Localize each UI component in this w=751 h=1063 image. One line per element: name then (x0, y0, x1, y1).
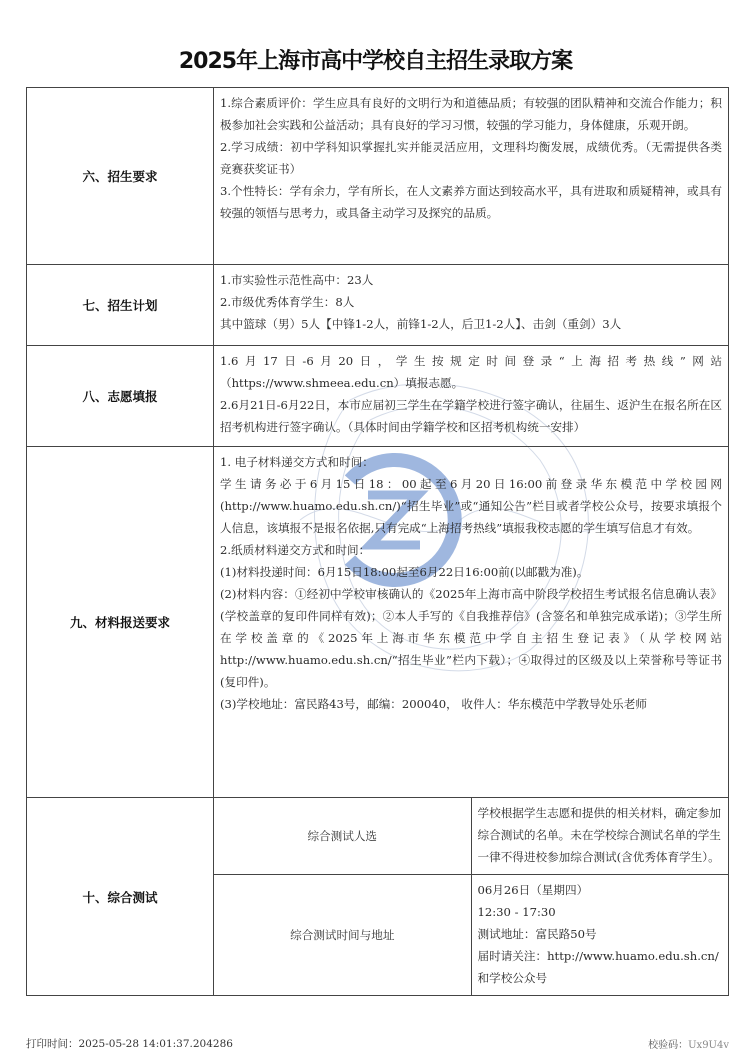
section-label: 七、招生计划 (27, 265, 214, 346)
sub-body: 学校根据学生志愿和提供的相关材料，确定参加综合测试的名单。未在学校综合测试名单的… (471, 798, 729, 875)
page-title: 2025年上海市高中学校自主招生录取方案 (0, 44, 751, 75)
section-body: 1.6月17日-6月20日，学生按规定时间登录“上海招考热线”网站（https:… (214, 346, 729, 447)
text-line: 12:30 - 17:30 (478, 901, 723, 923)
section-label: 八、志愿填报 (27, 346, 214, 447)
check-code-value: Ux9U4v (688, 1040, 729, 1051)
text-line: 其中篮球（男）5人【中锋1-2人，前锋1-2人，后卫1-2人】、击剑（重剑）3人 (220, 313, 722, 335)
text-line: 测试地址：富民路50号 (478, 923, 723, 945)
text-line: (1)材料投递时间：6月15日18:00起至6月22日16:00前(以邮戳为准)… (220, 561, 722, 583)
text-line: (3)学校地址：富民路43号，邮编：200040， 收件人：华东模范中学教导处乐… (220, 693, 722, 715)
section-label: 九、材料报送要求 (27, 447, 214, 798)
text-line: 2.学习成绩：初中学科知识掌握扎实并能灵活应用，文理科均衡发展，成绩优秀。（无需… (220, 136, 722, 180)
section-row-requirements: 六、招生要求 1.综合素质评价：学生应具有良好的文明行为和道德品质；有较强的团队… (27, 88, 729, 265)
text-line: 届时请关注：http://www.huamo.edu.sh.cn/和学校公众号 (478, 945, 723, 989)
section-row-enrollment-plan: 七、招生计划 1.市实验性示范性高中：23人 2.市级优秀体育学生：8人 其中篮… (27, 265, 729, 346)
print-time-label: 打印时间： (26, 1038, 79, 1050)
text-line: 2.6月21日-6月22日，本市应届初三学生在学籍学校进行签字确认，往届生、返沪… (220, 394, 722, 438)
text-line: 06月26日（星期四） (478, 879, 723, 901)
text-line: 1.综合素质评价：学生应具有良好的文明行为和道德品质；有较强的团队精神和交流合作… (220, 92, 722, 136)
sub-label: 综合测试人选 (214, 798, 472, 875)
section-row-application: 八、志愿填报 1.6月17日-6月20日，学生按规定时间登录“上海招考热线”网站… (27, 346, 729, 447)
section-row-comprehensive-test: 十、综合测试 综合测试人选 学校根据学生志愿和提供的相关材料，确定参加综合测试的… (27, 798, 729, 875)
print-time: 打印时间：2025-05-28 14:01:37.204286 (26, 1036, 233, 1051)
text-line: 学生请务必于6月15日18：00起至6月20日16:00前登录华东模范中学校园网… (220, 473, 722, 539)
text-line: 2.纸质材料递交方式和时间： (220, 539, 722, 561)
sub-label: 综合测试时间与地址 (214, 875, 472, 996)
check-code-label: 校验码： (648, 1040, 688, 1051)
text-line: 3.个性特长：学有余力，学有所长，在人文素养方面达到较高水平，具有进取和质疑精神… (220, 180, 722, 224)
section-row-materials: 九、材料报送要求 1. 电子材料递交方式和时间： 学生请务必于6月15日18：0… (27, 447, 729, 798)
section-body: 1.综合素质评价：学生应具有良好的文明行为和道德品质；有较强的团队精神和交流合作… (214, 88, 729, 265)
text-line: 2.市级优秀体育学生：8人 (220, 291, 722, 313)
text-line: 学校根据学生志愿和提供的相关材料，确定参加综合测试的名单。未在学校综合测试名单的… (478, 802, 723, 868)
section-label: 六、招生要求 (27, 88, 214, 265)
check-code: 校验码：Ux9U4v (648, 1036, 729, 1051)
print-time-value: 2025-05-28 14:01:37.204286 (79, 1038, 233, 1050)
text-line: 1. 电子材料递交方式和时间： (220, 451, 722, 473)
text-line: (2)材料内容：①经初中学校审核确认的《2025年上海市高中阶段学校招生考试报名… (220, 583, 722, 693)
sub-body: 06月26日（星期四） 12:30 - 17:30 测试地址：富民路50号 届时… (471, 875, 729, 996)
admission-plan-table: 六、招生要求 1.综合素质评价：学生应具有良好的文明行为和道德品质；有较强的团队… (26, 87, 729, 996)
section-body: 1.市实验性示范性高中：23人 2.市级优秀体育学生：8人 其中篮球（男）5人【… (214, 265, 729, 346)
text-line: 1.6月17日-6月20日，学生按规定时间登录“上海招考热线”网站（https:… (220, 350, 722, 394)
section-label: 十、综合测试 (27, 798, 214, 996)
section-body: 1. 电子材料递交方式和时间： 学生请务必于6月15日18：00起至6月20日1… (214, 447, 729, 798)
text-line: 1.市实验性示范性高中：23人 (220, 269, 722, 291)
